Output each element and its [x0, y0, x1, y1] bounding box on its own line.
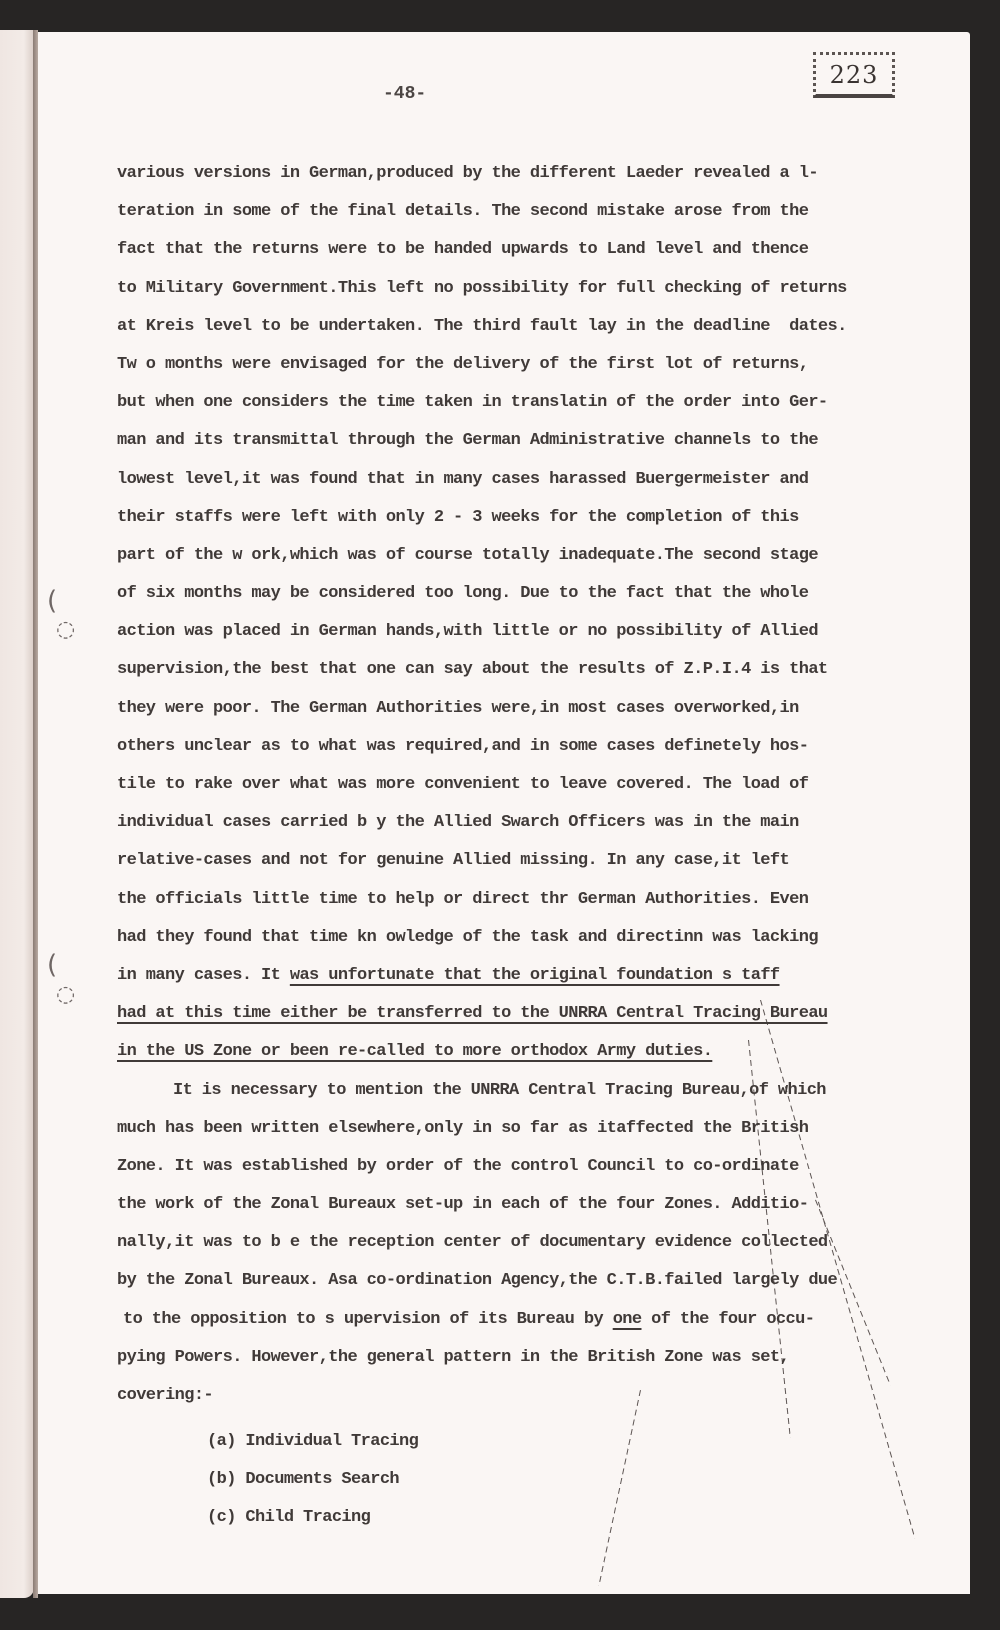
text-line: but when one considers the time taken in…	[117, 384, 877, 422]
list-item: (c) Child Tracing	[207, 1499, 418, 1537]
punch-hole-mark-icon: ◌	[56, 982, 75, 1007]
text-plain: of the four occu-	[642, 1310, 815, 1329]
text-line: by the Zonal Bureaux. Asa co-ordination …	[117, 1262, 877, 1300]
punch-hole-mark-icon: (	[47, 950, 57, 980]
text-line: action was placed in German hands,with l…	[117, 613, 877, 651]
punch-hole-mark-icon: (	[47, 586, 57, 616]
text-line: part of the w ork,which was of course to…	[117, 537, 877, 575]
facing-page-edge	[0, 30, 34, 1598]
text-line: tile to rake over what was more convenie…	[117, 766, 877, 804]
text-line: to the opposition to s upervision of its…	[117, 1301, 877, 1339]
punch-hole-mark-icon: ◌	[56, 617, 75, 642]
text-line: they were poor. The German Authorities w…	[117, 690, 877, 728]
body-text: various versions in German,produced by t…	[117, 155, 877, 1415]
text-line: Tw o months were envisaged for the deliv…	[117, 346, 877, 384]
text-line: lowest level,it was found that in many c…	[117, 461, 877, 499]
coverage-list: (a) Individual Tracing (b) Documents Sea…	[207, 1423, 418, 1537]
page-number: -48-	[383, 84, 426, 104]
folio-number: 223	[830, 61, 879, 89]
text-line: others unclear as to what was required,a…	[117, 728, 877, 766]
text-plain: in many cases. It	[117, 966, 290, 985]
text-plain: to the opposition to s upervision of its…	[123, 1310, 613, 1329]
text-line: much has been written elsewhere,only in …	[117, 1110, 877, 1148]
text-line: the work of the Zonal Bureaux set-up in …	[117, 1186, 877, 1224]
text-line: supervision,the best that one can say ab…	[117, 651, 877, 689]
text-line: had at this time either be transferred t…	[117, 995, 877, 1033]
underlined-text: one	[613, 1310, 642, 1329]
text-line: teration in some of the final details. T…	[117, 193, 877, 231]
text-line-paragraph-start: It is necessary to mention the UNRRA Cen…	[117, 1072, 877, 1110]
underlined-text: was unfortunate that the original founda…	[290, 966, 780, 985]
text-line: to Military Government.This left no poss…	[117, 270, 877, 308]
list-item: (a) Individual Tracing	[207, 1423, 418, 1461]
text-line: individual cases carried b y the Allied …	[117, 804, 877, 842]
list-item: (b) Documents Search	[207, 1461, 418, 1499]
folio-stamp: 223	[813, 52, 895, 98]
underlined-text: in the US Zone or been re-called to more…	[117, 1042, 712, 1061]
text-line: man and its transmittal through the Germ…	[117, 422, 877, 460]
text-line: relative-cases and not for genuine Allie…	[117, 842, 877, 880]
text-line: of six months may be considered too long…	[117, 575, 877, 613]
text-line: at Kreis level to be undertaken. The thi…	[117, 308, 877, 346]
text-line: various versions in German,produced by t…	[117, 155, 877, 193]
text-line: in the US Zone or been re-called to more…	[117, 1033, 877, 1071]
text-line: had they found that time kn owledge of t…	[117, 919, 877, 957]
text-line: in many cases. It was unfortunate that t…	[117, 957, 877, 995]
text-line: their staffs were left with only 2 - 3 w…	[117, 499, 877, 537]
text-line: nally,it was to b e the reception center…	[117, 1224, 877, 1262]
text-line: fact that the returns were to be handed …	[117, 231, 877, 269]
text-line: covering:-	[117, 1377, 877, 1415]
text-line: the officials little time to help or dir…	[117, 881, 877, 919]
text-line: pying Powers. However,the general patter…	[117, 1339, 877, 1377]
underlined-text: had at this time either be transferred t…	[117, 1004, 828, 1023]
text-line: Zone. It was established by order of the…	[117, 1148, 877, 1186]
